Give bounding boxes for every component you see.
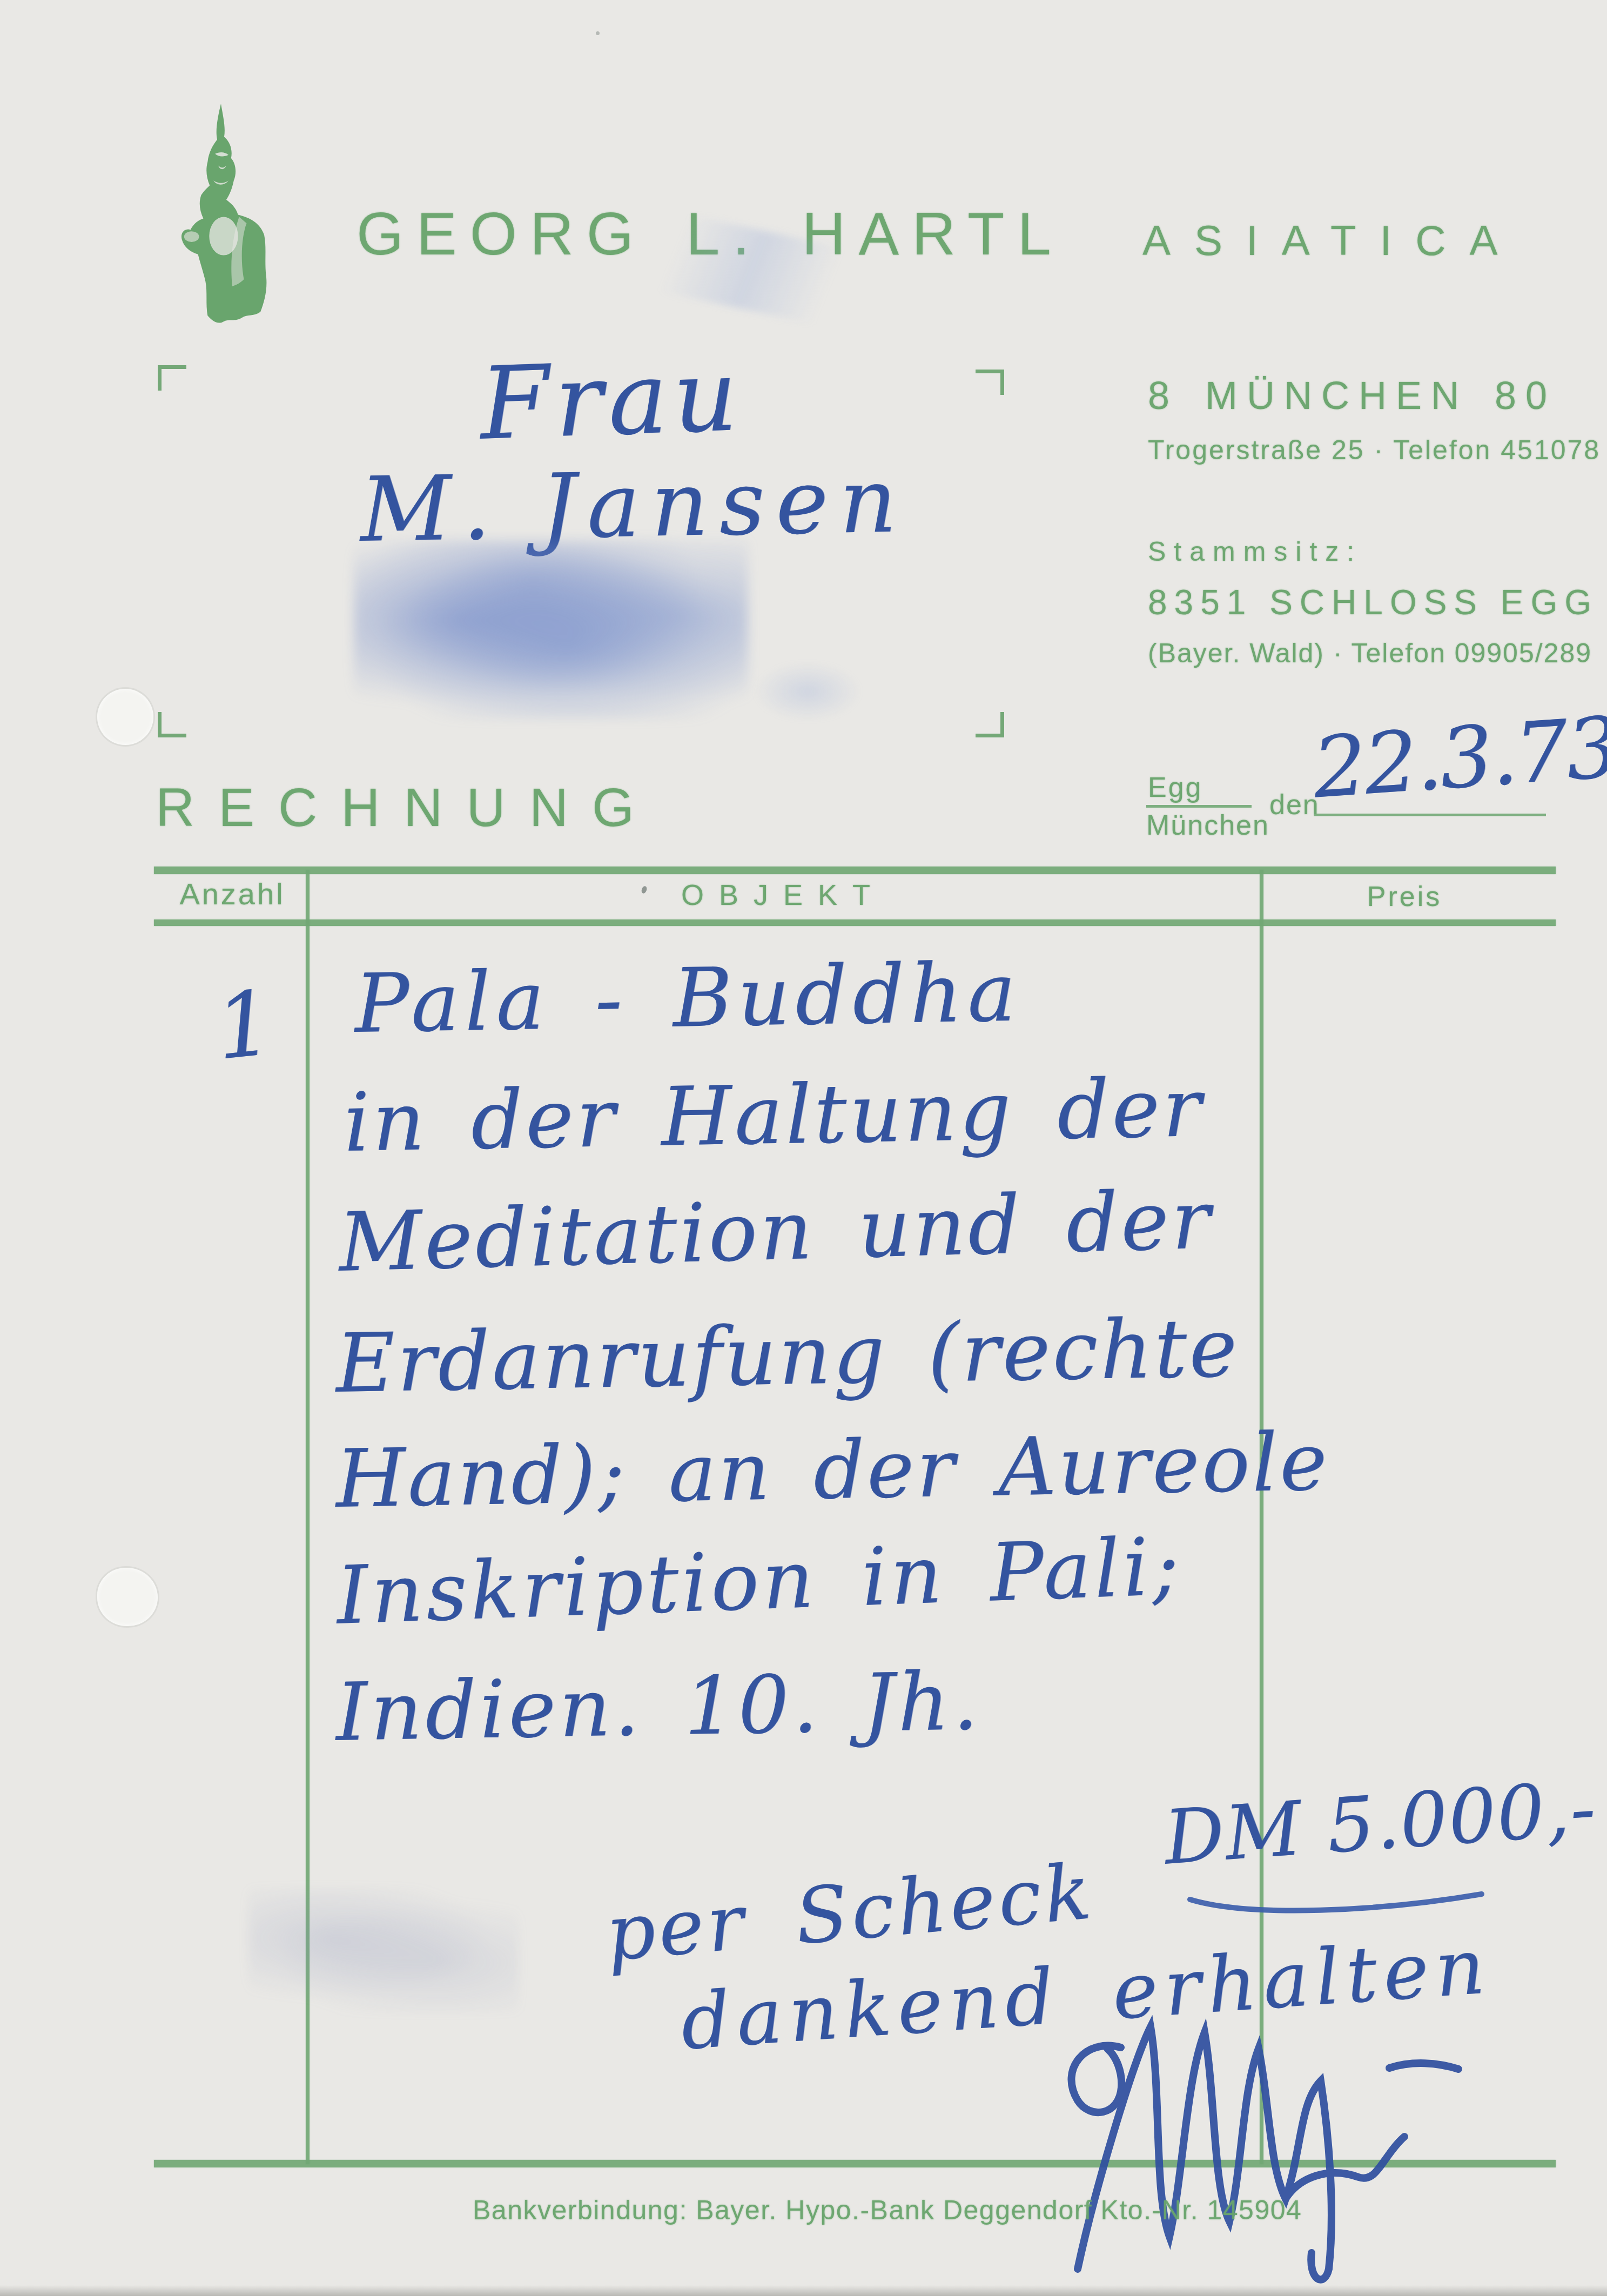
address-hq-city: 8351 SCHLOSS EGG xyxy=(1148,582,1598,622)
invoice-scan-page: GEORG L. HARTL ASIATICA 8 MÜNCHEN 80 Tro… xyxy=(0,0,1607,2296)
date-place-underline xyxy=(1146,805,1252,808)
address-window-corner-bottom-right xyxy=(976,712,1004,737)
table-header-objekt: OBJEKT xyxy=(616,878,951,912)
address-window-corner-top-right xyxy=(976,370,1004,395)
table-divider-anzahl-objekt xyxy=(306,870,310,2164)
address-window-corner-top-left xyxy=(158,365,186,391)
address-window-corner-bottom-left xyxy=(158,712,186,737)
punch-hole-top xyxy=(97,689,153,745)
date-den-label: den xyxy=(1269,789,1320,821)
item-description-line: Meditation und der xyxy=(338,1173,1214,1290)
item-description-line: in der Haltung der xyxy=(343,1061,1205,1170)
table-header-preis: Preis xyxy=(1318,881,1491,913)
recipient-salutation-handwritten: Frau xyxy=(478,337,744,462)
date-place-muenchen: München xyxy=(1146,809,1269,842)
item-description-line: Hand); an der Aureole xyxy=(335,1415,1330,1526)
redacted-address-smudge xyxy=(354,540,748,719)
recipient-name-handwritten: M. Jansen xyxy=(359,448,908,562)
buddha-bust-logo-icon xyxy=(161,102,284,328)
ink-showthrough-smudge xyxy=(248,1888,519,2012)
item-description-line: Indien. 10. Jh. xyxy=(335,1655,982,1759)
brand-suffix: ASIATICA xyxy=(1142,216,1522,265)
item-quantity-handwritten: 1 xyxy=(211,971,278,1080)
item-description-line: Erdanrufung (rechte xyxy=(335,1301,1240,1411)
ink-smudge-small xyxy=(754,662,862,721)
table-header-anzahl: Anzahl xyxy=(162,876,302,911)
address-hq-label: Stammsitz: xyxy=(1148,536,1362,567)
address-street: Trogerstraße 25 · Telefon 451078 xyxy=(1148,434,1601,466)
table-header-border xyxy=(154,919,1556,926)
address-hq-detail: (Bayer. Wald) · Telefon 09905/289 xyxy=(1148,637,1592,669)
item-description-line: Pala - Buddha xyxy=(354,945,1022,1051)
brand-name: GEORG L. HARTL xyxy=(357,199,1064,268)
paper-bottom-edge xyxy=(0,2285,1607,2296)
scan-speck xyxy=(596,31,600,35)
price-underline-stroke xyxy=(1186,1890,1488,1922)
table-top-border xyxy=(154,867,1556,874)
document-title: RECHNUNG xyxy=(156,777,658,839)
signature-scribble xyxy=(1026,2015,1512,2296)
date-value-handwritten: 22.3.73 xyxy=(1310,699,1607,817)
item-price-handwritten: DM 5.000,- xyxy=(1161,1764,1599,1882)
date-place-egg: Egg xyxy=(1148,771,1203,804)
punch-hole-bottom xyxy=(97,1568,158,1626)
item-description-line: Inskription in Pali; xyxy=(335,1520,1184,1642)
address-city: 8 MÜNCHEN 80 xyxy=(1148,374,1556,418)
footer-bank-details: Bankverbindung: Bayer. Hypo.-Bank Deggen… xyxy=(473,2194,1302,2226)
